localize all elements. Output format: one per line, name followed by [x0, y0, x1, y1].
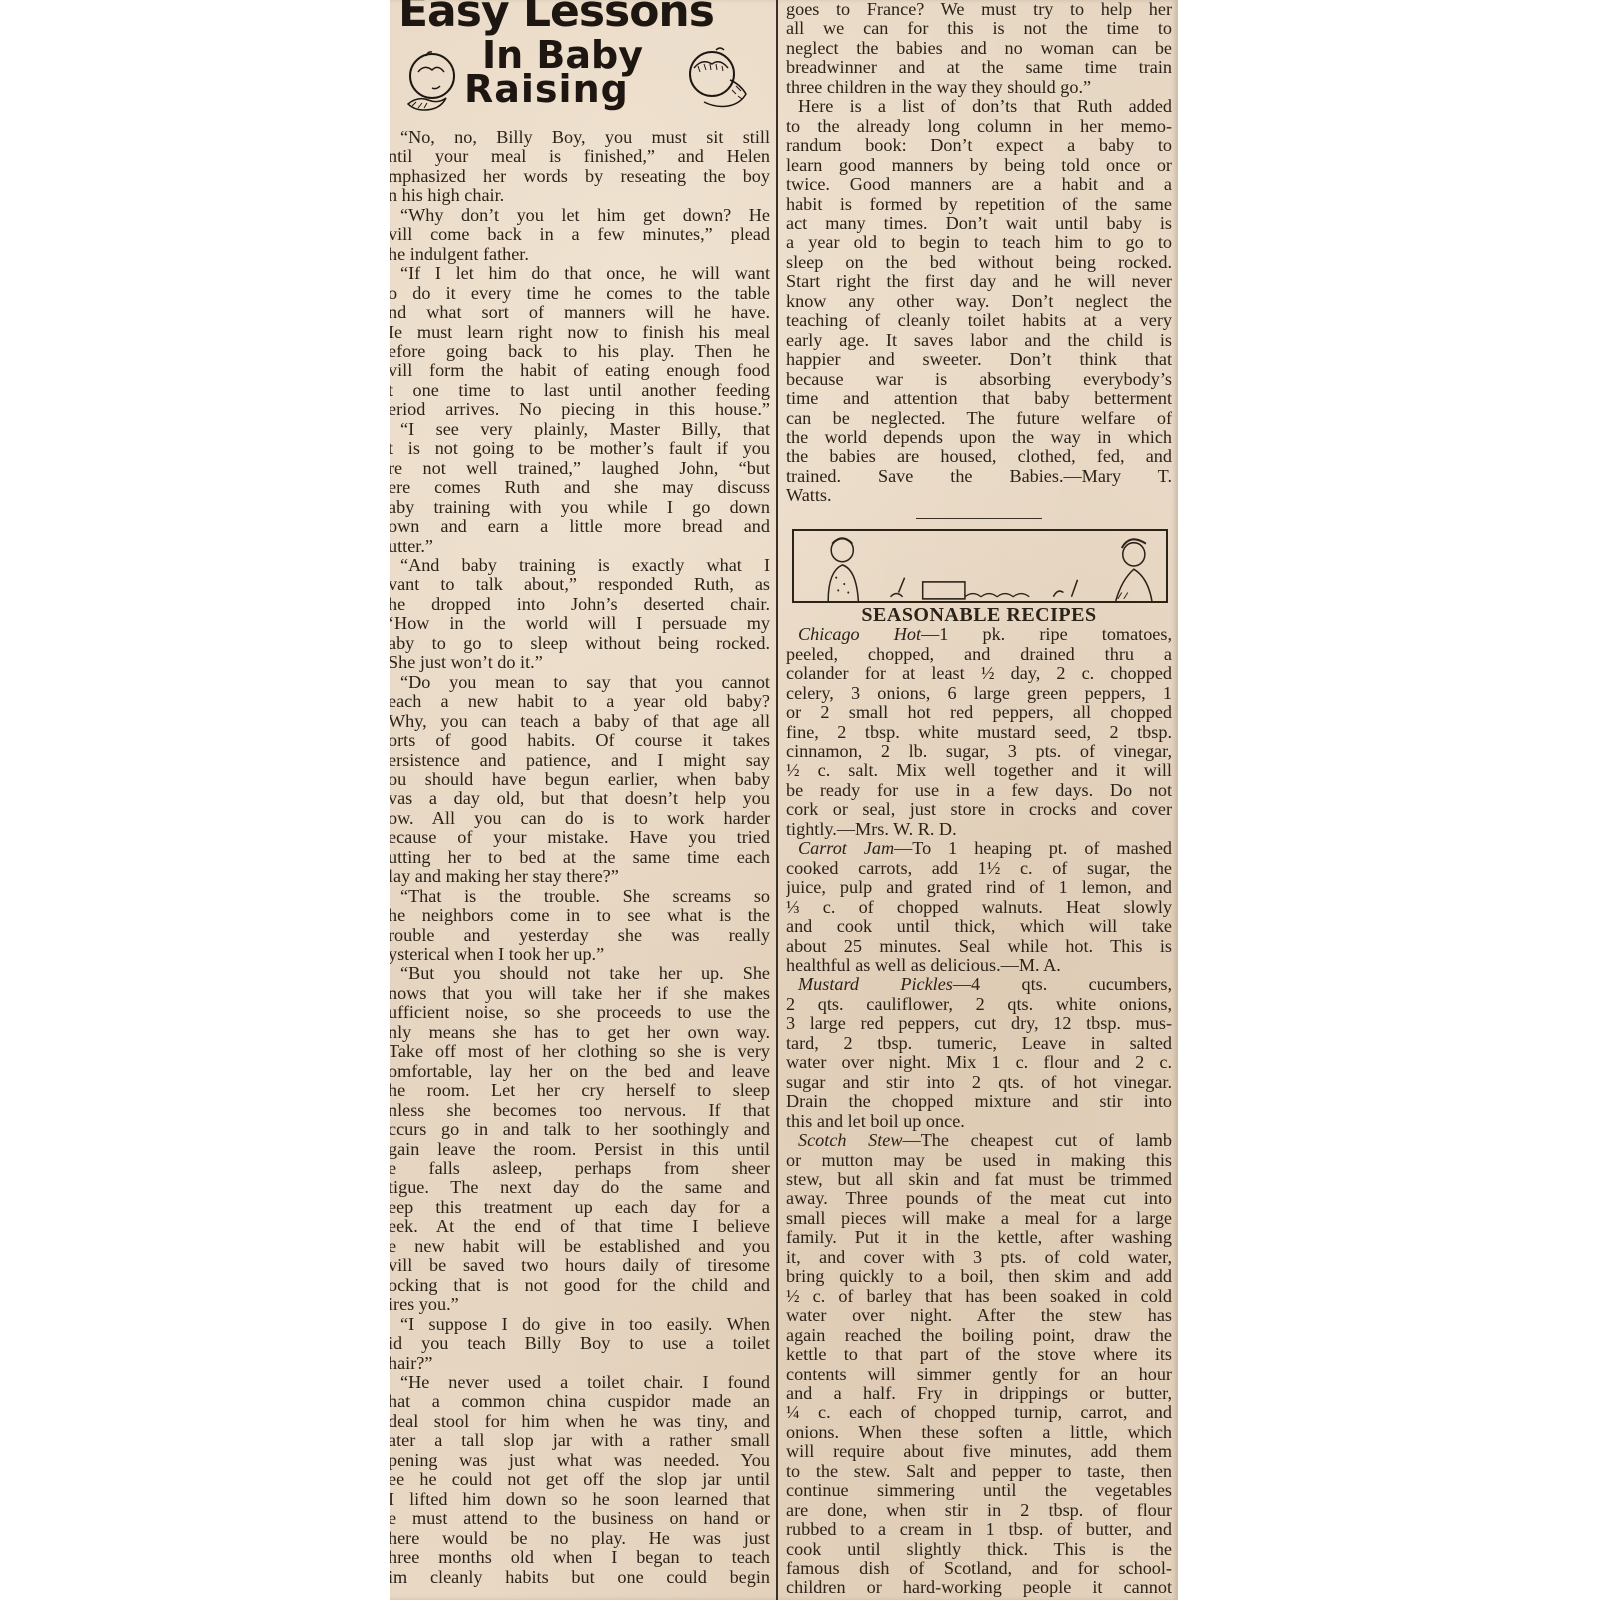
text-line: and cook until thick, which will take — [786, 917, 1172, 936]
text-line: all we can for this is not the time to — [786, 19, 1172, 38]
text-line: tightly.—Mrs. W. R. D. — [786, 820, 1172, 839]
recipe-text: —1 pk. ripe tomatoes, — [921, 625, 1172, 644]
text-line: t is not going to be mother’s fault if y… — [390, 439, 770, 458]
recipe-text: cooked carrots, add 1½ c. of sugar, the — [786, 859, 1172, 878]
text-line: the babies are housed, clothed, fed, and — [786, 447, 1172, 466]
recipe-text: sugar and stir into 2 qts. of hot vinega… — [786, 1073, 1172, 1092]
text-line: cork or seal, just store in crocks and c… — [786, 800, 1172, 819]
text-line: to the already long column in her memo- — [786, 117, 1172, 136]
text-line: ccurs go in and talk to her soothingly a… — [390, 1120, 770, 1139]
recipe-text: celery, 3 onions, 6 large green peppers,… — [786, 684, 1172, 703]
text-line: im cleanly habits but one could begin — [390, 1568, 770, 1587]
text-line: deal stool for him when he was tiny, and — [390, 1412, 770, 1431]
recipe-text: 2 qts. cauliflower, 2 qts. white onions, — [786, 995, 1172, 1014]
text-line: family. Put it in the kettle, after wash… — [786, 1228, 1172, 1247]
recipe-text: and a half. Fry in drippings or butter, — [786, 1384, 1172, 1403]
text-line: breadwinner and at the same time train — [786, 58, 1172, 77]
text-line: happier and sweeter. Don’t think that — [786, 350, 1172, 369]
text-line: about 25 minutes. Seal while hot. This i… — [786, 937, 1172, 956]
text-line: ½ c. salt. Mix well together and it will — [786, 761, 1172, 780]
recipe-text: be ready for use in a few days. Do not — [786, 781, 1172, 800]
recipe-text: cook until slightly thick. This is the — [786, 1540, 1172, 1559]
text-line: rouble and yesterday she was really — [390, 926, 770, 945]
text-line: “But you should not take her up. She — [390, 964, 770, 983]
text-line: pening was just what was needed. You — [390, 1451, 770, 1470]
text-line: “I see very plainly, Master Billy, that — [390, 420, 770, 439]
recipe-text: kettle to that part of the stove where i… — [786, 1345, 1172, 1364]
text-line: ow. All you can do is to work harder — [390, 809, 770, 828]
text-line: aby training with you while I go down — [390, 498, 770, 517]
recipe-text: —The cheapest cut of lamb — [903, 1131, 1172, 1150]
text-line: continue simmering until the vegetables — [786, 1481, 1172, 1500]
text-line: know any other way. Don’t neglect the — [786, 292, 1172, 311]
text-line: are done, when stir in 2 tbsp. of flour — [786, 1501, 1172, 1520]
text-line: three children in the way they should go… — [786, 78, 1172, 97]
recipe-text: ⅓ c. of chopped walnuts. Heat slowly — [786, 898, 1172, 917]
text-line: celery, 3 onions, 6 large green peppers,… — [786, 684, 1172, 703]
text-line: cooked carrots, add 1½ c. of sugar, the — [786, 859, 1172, 878]
recipe-text: 3 large red peppers, cut dry, 12 tbsp. m… — [786, 1014, 1172, 1033]
text-line: kettle to that part of the stove where i… — [786, 1345, 1172, 1364]
text-line: I lifted him down so he soon learned tha… — [390, 1490, 770, 1509]
text-line: “No, no, Billy Boy, you must sit still — [390, 128, 770, 147]
text-line: sugar and stir into 2 qts. of hot vinega… — [786, 1073, 1172, 1092]
title-line-2: In Baby — [482, 46, 643, 65]
text-line: omfortable, lay her on the bed and leave — [390, 1062, 770, 1081]
text-line: each a new habit to a year old baby? — [390, 692, 770, 711]
text-line: fine, 2 tbsp. white mustard seed, 2 tbsp… — [786, 723, 1172, 742]
recipe-text: tightly.—Mrs. W. R. D. — [786, 820, 957, 839]
text-line: e must attend to the business on hand or — [390, 1509, 770, 1528]
text-line: cinnamon, 2 lb. sugar, 3 pts. of vinegar… — [786, 742, 1172, 761]
recipe-name: Scotch Stew — [798, 1131, 903, 1150]
text-line: peeled, chopped, and drained thru a — [786, 645, 1172, 664]
text-line: ⅓ c. of chopped walnuts. Heat slowly — [786, 898, 1172, 917]
text-line: children or hard-working people it canno… — [786, 1578, 1172, 1597]
text-line: Drain the chopped mixture and stir into — [786, 1092, 1172, 1111]
text-line: ocking that is not good for the child an… — [390, 1276, 770, 1295]
text-line: tigue. The next day do the same and — [390, 1178, 770, 1197]
text-line: time and attention that baby betterment — [786, 389, 1172, 408]
recipe-title-line: Mustard Pickles—4 qts. cucumbers, — [786, 975, 1172, 994]
baby-head-icon — [400, 48, 466, 118]
text-line: early age. It saves labor and the child … — [786, 331, 1172, 350]
text-line: to the stew. Salt and pepper to taste, t… — [786, 1462, 1172, 1481]
column-divider — [776, 0, 778, 1600]
text-line: and a half. Fry in drippings or butter, — [786, 1384, 1172, 1403]
text-line: nows that you will take her if she makes — [390, 984, 770, 1003]
text-line: gain leave the room. Persist in this unt… — [390, 1140, 770, 1159]
recipe-text: or 2 small hot red peppers, all chopped — [786, 703, 1172, 722]
kitchen-women-icon — [794, 531, 1166, 601]
text-line: goes to France? We must try to help her — [786, 0, 1172, 19]
recipe-text: ½ c. of barley that has been soaked in c… — [786, 1287, 1172, 1306]
text-line: Why, you can teach a baby of that age al… — [390, 712, 770, 731]
recipe-text: and cook until thick, which will take — [786, 917, 1172, 936]
text-line: can be neglected. The future welfare of — [786, 409, 1172, 428]
text-line: orts of good habits. Of course it takes — [390, 731, 770, 750]
baby-head-icon — [676, 44, 756, 118]
text-line: ere comes Ruth and she may discuss — [390, 478, 770, 497]
text-line: tard, 2 tbsp. tumeric, Leave in salted — [786, 1034, 1172, 1053]
recipe-text: to the stew. Salt and pepper to taste, t… — [786, 1462, 1172, 1481]
recipe-name: Chicago Hot — [798, 625, 921, 644]
text-line: small pieces will make a meal for a larg… — [786, 1209, 1172, 1228]
text-line: the world depends upon the way in which — [786, 428, 1172, 447]
article-title: Easy Lessons In Baby Raising — [394, 0, 770, 122]
text-line: again reached the boiling point, draw th… — [786, 1326, 1172, 1345]
recipe-text: cinnamon, 2 lb. sugar, 3 pts. of vinegar… — [786, 742, 1172, 761]
recipe-text: small pieces will make a meal for a larg… — [786, 1209, 1172, 1228]
text-line: e falls asleep, perhaps from sheer — [390, 1159, 770, 1178]
text-line: vill be saved two hours daily of tiresom… — [390, 1256, 770, 1275]
recipe-text: cork or seal, just store in crocks and c… — [786, 800, 1172, 819]
recipe-text: away. Three pounds of the meat cut into — [786, 1189, 1172, 1208]
recipe-text: or mutton may be used in making this — [786, 1151, 1172, 1170]
text-line: this and let boil up once. — [786, 1112, 1172, 1131]
recipe-text: —4 qts. cucumbers, — [953, 975, 1172, 994]
text-line: onions. When these soften a little, whic… — [786, 1423, 1172, 1442]
text-line: hair?” — [390, 1354, 770, 1373]
text-line: nless she becomes too nervous. If that — [390, 1101, 770, 1120]
article-body-right: goes to France? We must try to help hera… — [786, 0, 1172, 506]
text-line: nd what sort of manners will he have. — [390, 303, 770, 322]
recipe-text: Drain the chopped mixture and stir into — [786, 1092, 1172, 1111]
recipe-text: water over night. After the stew has — [786, 1306, 1172, 1325]
recipe-text: family. Put it in the kettle, after wash… — [786, 1228, 1172, 1247]
text-line: 2 qts. cauliflower, 2 qts. white onions, — [786, 995, 1172, 1014]
text-line: o do it every time he comes to the table — [390, 284, 770, 303]
text-line: ‘How in the world will I persuade my — [390, 614, 770, 633]
text-line: aby to go to sleep without being rocked. — [390, 634, 770, 653]
recipe-text: tard, 2 tbsp. tumeric, Leave in salted — [786, 1034, 1172, 1053]
text-line: learn good manners by being told once or — [786, 156, 1172, 175]
text-line: utting her to bed at the same time each — [390, 848, 770, 867]
text-line: he neighbors come in to see what is the — [390, 906, 770, 925]
recipe-text: water over night. Mix 1 c. flour and 2 c… — [786, 1053, 1172, 1072]
recipe-text: are done, when stir in 2 tbsp. of flour — [786, 1501, 1172, 1520]
text-line: vas a day old, but that doesn’t help you — [390, 789, 770, 808]
text-line: ou should have begun earlier, when baby — [390, 770, 770, 789]
text-line: ½ c. of barley that has been soaked in c… — [786, 1287, 1172, 1306]
recipe-text: rubbed to a cream in 1 tbsp. of butter, … — [786, 1520, 1172, 1539]
text-line: e new habit will be established and you — [390, 1237, 770, 1256]
recipes-heading: SEASONABLE RECIPES — [786, 605, 1172, 625]
text-line: contents will simmer gently for an hour — [786, 1365, 1172, 1384]
recipe-text: will require about five minutes, add the… — [786, 1442, 1172, 1461]
recipe-name: Carrot Jam — [798, 839, 894, 858]
text-line: mphasized her words by reseating the boy — [390, 167, 770, 186]
text-line: healthful as well as delicious.—M. A. — [786, 956, 1172, 975]
text-line: id you teach Billy Boy to use a toilet — [390, 1334, 770, 1353]
text-line: or mutton may be used in making this — [786, 1151, 1172, 1170]
text-line: here would be no play. He was just — [390, 1529, 770, 1548]
article-body-left: “No, no, Billy Boy, you must sit stillnt… — [390, 128, 770, 1587]
text-line: ¼ c. each of chopped turnip, carrot, and — [786, 1403, 1172, 1422]
text-line: eriod arrives. No piecing in this house.… — [390, 400, 770, 419]
title-line-1: Easy Lessons — [398, 2, 714, 21]
text-line: Watts. — [786, 486, 1172, 505]
text-line: ee he could not get off the slop jar unt… — [390, 1470, 770, 1489]
text-line: ufficient noise, so she proceeds to use … — [390, 1003, 770, 1022]
recipe-text: ½ c. salt. Mix well together and it will — [786, 761, 1172, 780]
text-line: “That is the trouble. She screams so — [390, 887, 770, 906]
recipe-banner-illustration — [792, 529, 1168, 603]
recipe-text: stew, but all skin and fat must be trimm… — [786, 1170, 1172, 1189]
text-line: ecause of your mistake. Have you tried — [390, 828, 770, 847]
text-line: habit is formed by repetition of the sam… — [786, 195, 1172, 214]
text-line: vant to talk about,” responded Ruth, as — [390, 575, 770, 594]
text-line: Start right the first day and he will ne… — [786, 272, 1172, 291]
text-line: cook until slightly thick. This is the — [786, 1540, 1172, 1559]
recipe-text: famous dish of Scotland, and for school- — [786, 1559, 1172, 1578]
text-line: eek. At the end of that time I believe — [390, 1217, 770, 1236]
text-line: act many times. Don’t wait until baby is — [786, 214, 1172, 233]
text-line: nly means she has to get her own way. — [390, 1023, 770, 1042]
text-line: will require about five minutes, add the… — [786, 1442, 1172, 1461]
text-line: own and earn a little more bread and — [390, 517, 770, 536]
text-line: re not well trained,” laughed John, “but — [390, 459, 770, 478]
text-line: vill form the habit of eating enough foo… — [390, 361, 770, 380]
text-line: Ie must learn right now to finish his me… — [390, 323, 770, 342]
recipe-text: healthful as well as delicious.—M. A. — [786, 956, 1061, 975]
recipe-text: ¼ c. each of chopped turnip, carrot, and — [786, 1403, 1172, 1422]
text-line: a year old to begin to teach him to go t… — [786, 233, 1172, 252]
recipe-text: about 25 minutes. Seal while hot. This i… — [786, 937, 1172, 956]
text-line: or 2 small hot red peppers, all chopped — [786, 703, 1172, 722]
text-line: “He never used a toilet chair. I found — [390, 1373, 770, 1392]
text-line: teaching of cleanly toilet habits at a v… — [786, 311, 1172, 330]
right-column: goes to France? We must try to help hera… — [786, 0, 1172, 1598]
text-line: “If I let him do that once, he will want — [390, 264, 770, 283]
recipe-text: fine, 2 tbsp. white mustard seed, 2 tbsp… — [786, 723, 1172, 742]
text-line: “And baby training is exactly what I — [390, 556, 770, 575]
text-line: juice, pulp and grated rind of 1 lemon, … — [786, 878, 1172, 897]
recipe-title-line: Scotch Stew—The cheapest cut of lamb — [786, 1131, 1172, 1150]
recipe-title-line: Carrot Jam—To 1 heaping pt. of mashed — [786, 839, 1172, 858]
text-line: ires you.” — [390, 1295, 770, 1314]
text-line: “Why don’t you let him get down? He — [390, 206, 770, 225]
recipe-text: this and let boil up once. — [786, 1112, 965, 1131]
text-line: stew, but all skin and fat must be trimm… — [786, 1170, 1172, 1189]
title-line-3: Raising — [464, 80, 629, 99]
text-line: lay and making her stay there?” — [390, 867, 770, 886]
text-line: neglect the babies and no woman can be — [786, 39, 1172, 58]
recipe-text: again reached the boiling point, draw th… — [786, 1326, 1172, 1345]
text-line: vill come back in a few minutes,” plead — [390, 225, 770, 244]
left-column: Easy Lessons In Baby Raising “No, no, Bi… — [390, 0, 770, 1587]
text-line: trained. Save the Babies.—Mary T. — [786, 467, 1172, 486]
recipe-text: peeled, chopped, and drained thru a — [786, 645, 1172, 664]
text-line: ntil your meal is finished,” and Helen — [390, 147, 770, 166]
text-line: ersistence and patience, and I might say — [390, 751, 770, 770]
recipe-text: onions. When these soften a little, whic… — [786, 1423, 1172, 1442]
text-line: hree months old when I began to teach — [390, 1548, 770, 1567]
text-line: efore going back to his play. Then he — [390, 342, 770, 361]
text-line: randum book: Don’t expect a baby to — [786, 136, 1172, 155]
text-line: he room. Let her cry herself to sleep — [390, 1081, 770, 1100]
text-line: utter.” — [390, 537, 770, 556]
text-line: 3 large red peppers, cut dry, 12 tbsp. m… — [786, 1014, 1172, 1033]
text-line: water over night. Mix 1 c. flour and 2 c… — [786, 1053, 1172, 1072]
text-line: he dropped into John’s deserted chair. — [390, 595, 770, 614]
text-line: She just won’t do it.” — [390, 653, 770, 672]
recipe-text: juice, pulp and grated rind of 1 lemon, … — [786, 878, 1172, 897]
text-line: away. Three pounds of the meat cut into — [786, 1189, 1172, 1208]
text-line: “Do you mean to say that you cannot — [390, 673, 770, 692]
text-line: famous dish of Scotland, and for school- — [786, 1559, 1172, 1578]
recipe-name: Mustard Pickles — [798, 975, 953, 994]
recipe-text: bring quickly to a boil, then skim and a… — [786, 1267, 1172, 1286]
text-line: twice. Good manners are a habit and a — [786, 175, 1172, 194]
text-line: eep this treatment up each day for a — [390, 1198, 770, 1217]
recipe-text: children or hard-working people it canno… — [786, 1578, 1172, 1597]
text-line: Here is a list of don’ts that Ruth added — [786, 97, 1172, 116]
text-line: water over night. After the stew has — [786, 1306, 1172, 1325]
recipe-text: colander for at least ½ day, 2 c. choppe… — [786, 664, 1172, 683]
newspaper-clipping: Easy Lessons In Baby Raising “No, no, Bi… — [390, 0, 1178, 1600]
text-line: be ready for use in a few days. Do not — [786, 781, 1172, 800]
text-line: sleep on the bed without being rocked. — [786, 253, 1172, 272]
text-line: bring quickly to a boil, then skim and a… — [786, 1267, 1172, 1286]
text-line: rubbed to a cream in 1 tbsp. of butter, … — [786, 1520, 1172, 1539]
text-line: hat a common china cuspidor made an — [390, 1392, 770, 1411]
recipe-text: continue simmering until the vegetables — [786, 1481, 1172, 1500]
text-line: “I suppose I do give in too easily. When — [390, 1315, 770, 1334]
recipes-body: Chicago Hot—1 pk. ripe tomatoes,peeled, … — [786, 625, 1172, 1598]
text-line: he indulgent father. — [390, 245, 770, 264]
recipe-text: it, and cover with 3 pts. of cold water, — [786, 1248, 1172, 1267]
text-line: it, and cover with 3 pts. of cold water, — [786, 1248, 1172, 1267]
recipe-title-line: Chicago Hot—1 pk. ripe tomatoes, — [786, 625, 1172, 644]
text-line: ater a tall slop jar with a rather small — [390, 1431, 770, 1450]
recipe-text: —To 1 heaping pt. of mashed — [894, 839, 1172, 858]
text-line: because war is absorbing everybody’s — [786, 370, 1172, 389]
recipe-text: contents will simmer gently for an hour — [786, 1365, 1172, 1384]
text-line: n his high chair. — [390, 186, 770, 205]
text-line: t one time to last until another feeding — [390, 381, 770, 400]
section-rule — [916, 518, 1042, 520]
text-line: Take off most of her clothing so she is … — [390, 1042, 770, 1061]
text-line: ysterical when I took her up.” — [390, 945, 770, 964]
text-line: colander for at least ½ day, 2 c. choppe… — [786, 664, 1172, 683]
